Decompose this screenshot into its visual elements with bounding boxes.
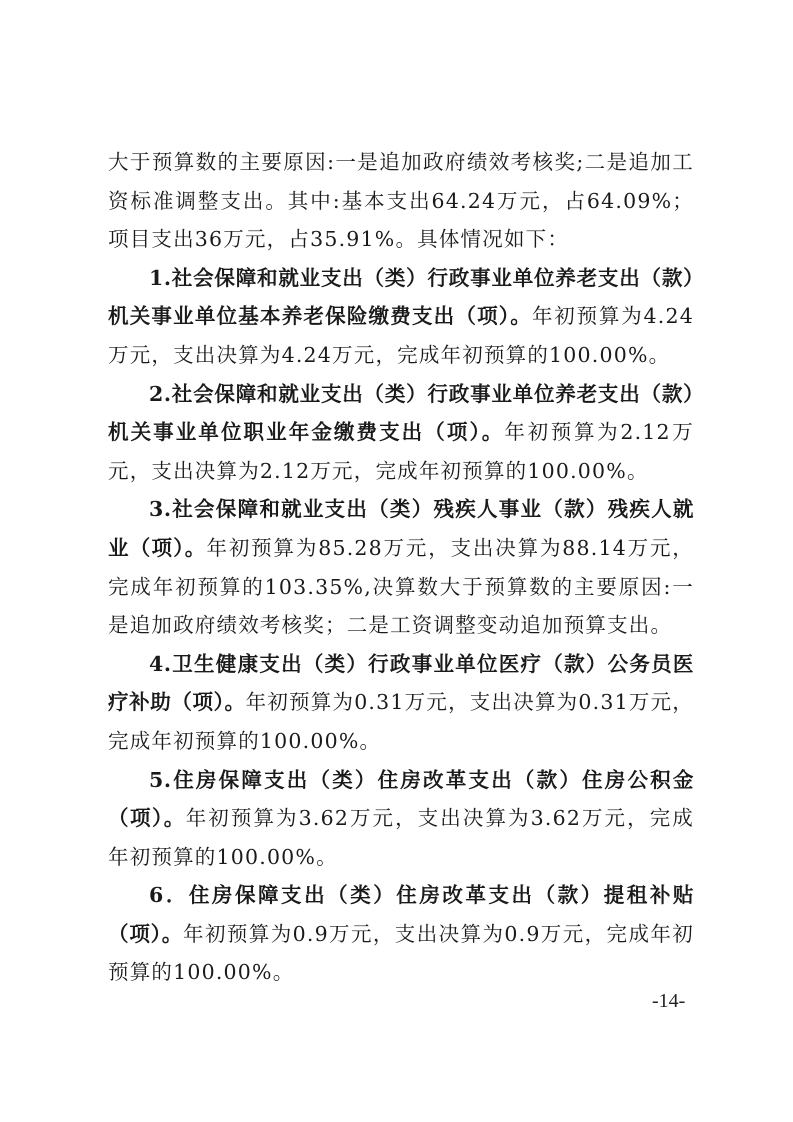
budget-item-2: 2.社会保障和就业支出（类）行政事业单位养老支出（款）机关事业单位职业年金缴费支… <box>108 375 694 491</box>
page-number: -14- <box>652 990 685 1013</box>
budget-item-1: 1.社会保障和就业支出（类）行政事业单位养老支出（款）机关事业单位基本养老保险缴… <box>108 259 694 375</box>
document-page: 大于预算数的主要原因:一是追加政府绩效考核奖;二是追加工资标准调整支出。其中:基… <box>108 143 694 992</box>
intro-paragraph: 大于预算数的主要原因:一是追加政府绩效考核奖;二是追加工资标准调整支出。其中:基… <box>108 143 694 259</box>
item-body: 年初预算为0.9万元，支出决算为0.9万元，完成年初预算的100.00%。 <box>108 922 694 985</box>
budget-item-6: 6．住房保障支出（类）住房改革支出（款）提租补贴（项）。年初预算为0.9万元，支… <box>108 876 694 992</box>
budget-item-4: 4.卫生健康支出（类）行政事业单位医疗（款）公务员医疗补助（项）。年初预算为0.… <box>108 645 694 761</box>
budget-item-5: 5.住房保障支出（类）住房改革支出（款）住房公积金（项）。年初预算为3.62万元… <box>108 761 694 877</box>
budget-item-3: 3.社会保障和就业支出（类）残疾人事业（款）残疾人就业（项）。年初预算为85.2… <box>108 490 694 644</box>
item-body: 年初预算为3.62万元，支出决算为3.62万元，完成年初预算的100.00%。 <box>108 806 694 869</box>
